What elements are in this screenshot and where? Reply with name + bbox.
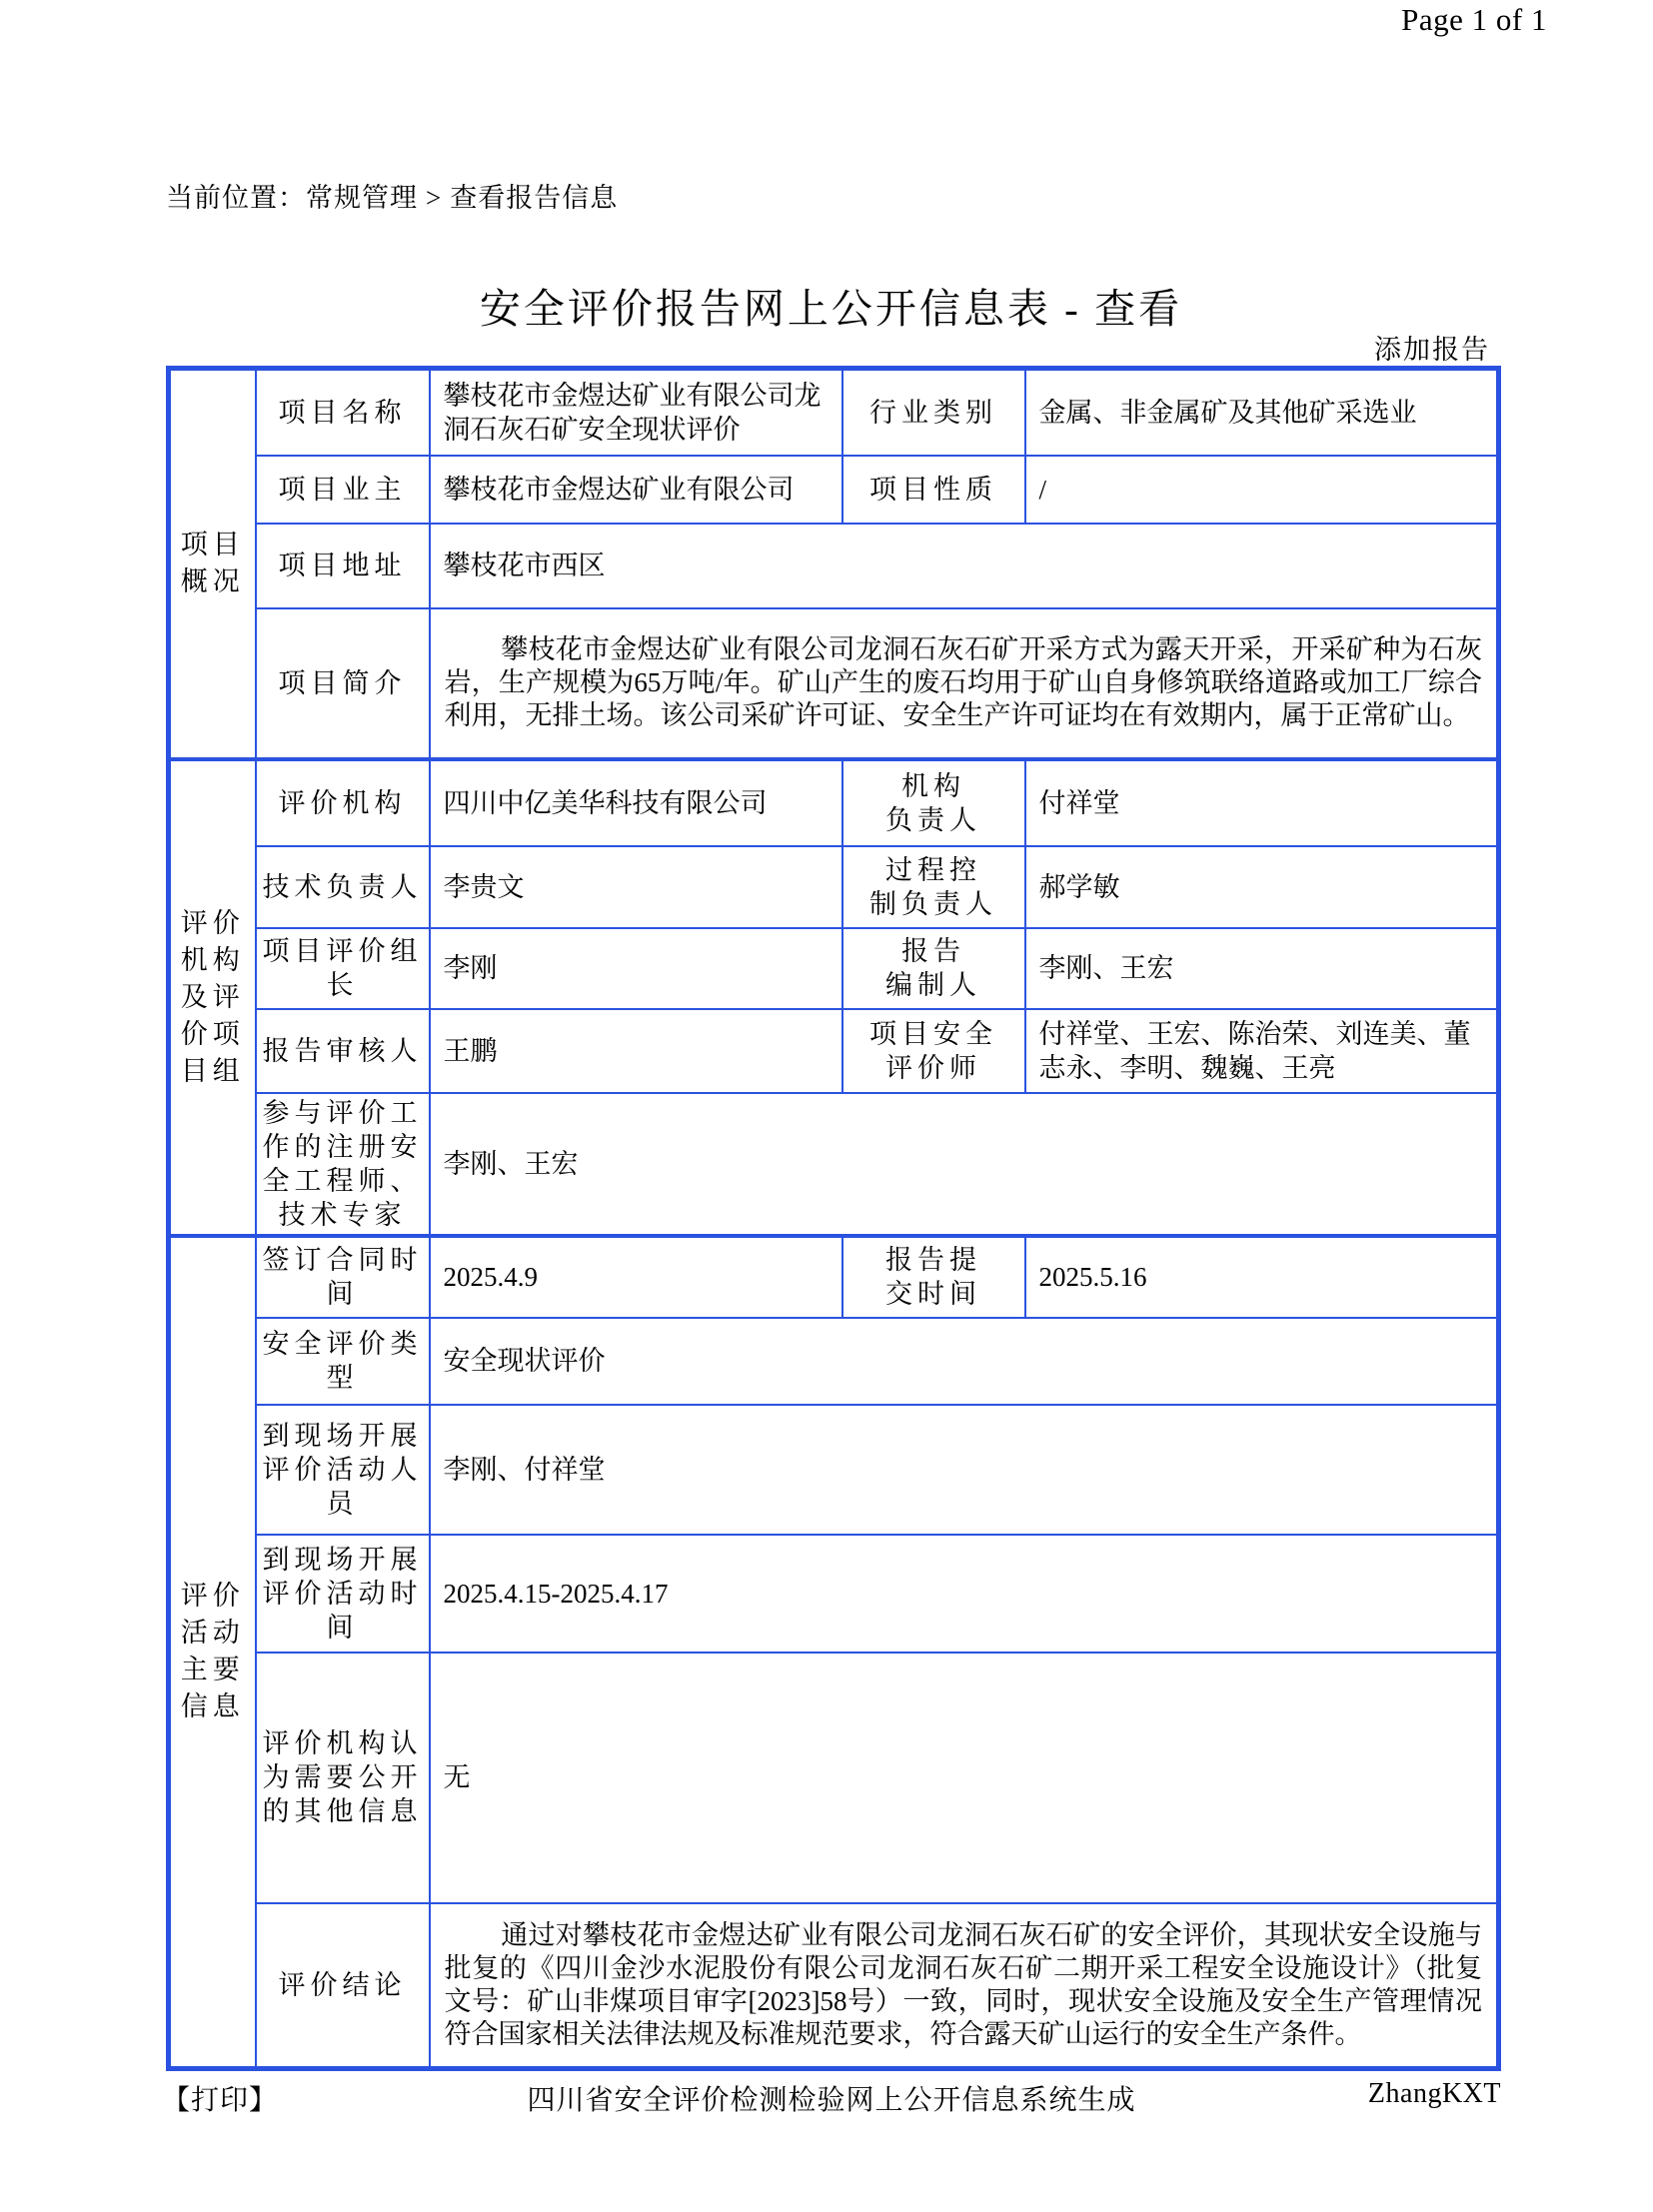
table-row: 项目 概况 项目名称 攀枝花市金煜达矿业有限公司龙洞石灰石矿安全现状评价 行业类… bbox=[169, 369, 1499, 456]
table-row: 项目评价组 长 李刚 报告 编制人 李刚、王宏 bbox=[169, 928, 1499, 1009]
project-nature-label: 项目性质 bbox=[842, 456, 1025, 524]
group-cell-eval-org-team: 评价 机构 及评 价项 目组 bbox=[169, 759, 256, 1236]
report-table: 项目 概况 项目名称 攀枝花市金煜达矿业有限公司龙洞石灰石矿安全现状评价 行业类… bbox=[166, 366, 1501, 2071]
table-row: 项目简介 攀枝花市金煜达矿业有限公司龙洞石灰石矿开采方式为露天开采，开采矿种为石… bbox=[169, 608, 1499, 759]
table-row: 评价 机构 及评 价项 目组 评价机构 四川中亿美华科技有限公司 机构 负责人 … bbox=[169, 759, 1499, 846]
project-owner-value: 攀枝花市金煜达矿业有限公司 bbox=[430, 456, 842, 524]
site-visit-people-value: 李刚、付祥堂 bbox=[430, 1405, 1499, 1535]
conclusion-label: 评价结论 bbox=[256, 1903, 430, 2069]
safety-evaluators-value: 付祥堂、王宏、陈治荣、刘连美、董志永、李明、魏巍、王亮 bbox=[1025, 1009, 1499, 1093]
project-nature-value: / bbox=[1025, 456, 1499, 524]
page-indicator: Page 1 of 1 bbox=[1401, 2, 1547, 38]
report-submit-date-label: 报告提 交时间 bbox=[842, 1236, 1025, 1318]
industry-category-label: 行业类别 bbox=[842, 369, 1025, 456]
site-visit-people-label: 到现场开展 评价活动人 员 bbox=[256, 1405, 430, 1535]
eval-org-label: 评价机构 bbox=[256, 759, 430, 846]
table-row: 项目业主 攀枝花市金煜达矿业有限公司 项目性质 / bbox=[169, 456, 1499, 524]
eval-type-label: 安全评价类 型 bbox=[256, 1318, 430, 1405]
table-row: 项目地址 攀枝花市西区 bbox=[169, 524, 1499, 608]
team-leader-value: 李刚 bbox=[430, 928, 842, 1009]
contract-date-value: 2025.4.9 bbox=[430, 1236, 842, 1318]
other-public-info-value: 无 bbox=[430, 1653, 1499, 1903]
table-row: 到现场开展 评价活动人 员 李刚、付祥堂 bbox=[169, 1405, 1499, 1535]
table-row: 技术负责人 李贵文 过程控 制负责人 郝学敏 bbox=[169, 846, 1499, 928]
report-writer-value: 李刚、王宏 bbox=[1025, 928, 1499, 1009]
project-brief-label: 项目简介 bbox=[256, 608, 430, 759]
safety-evaluators-label: 项目安全 评价师 bbox=[842, 1009, 1025, 1093]
tech-lead-label: 技术负责人 bbox=[256, 846, 430, 928]
report-writer-label: 报告 编制人 bbox=[842, 928, 1025, 1009]
report-reviewer-value: 王鹏 bbox=[430, 1009, 842, 1093]
tech-lead-value: 李贵文 bbox=[430, 846, 842, 928]
industry-category-value: 金属、非金属矿及其他矿采选业 bbox=[1025, 369, 1499, 456]
report-submit-date-value: 2025.5.16 bbox=[1025, 1236, 1499, 1318]
breadcrumb-link-regular-management[interactable]: 常规管理 bbox=[306, 183, 418, 213]
table-row: 评价机构认 为需要公开 的其他信息 无 bbox=[169, 1653, 1499, 1903]
report-reviewer-label: 报告审核人 bbox=[256, 1009, 430, 1093]
page-title: 安全评价报告网上公开信息表 - 查看 bbox=[166, 276, 1496, 335]
table-row: 参与评价工 作的注册安 全工程师、 技术专家 李刚、王宏 bbox=[169, 1093, 1499, 1236]
table-row: 安全评价类 型 安全现状评价 bbox=[169, 1318, 1499, 1405]
registered-engineers-value: 李刚、王宏 bbox=[430, 1093, 1499, 1236]
conclusion-value: 通过对攀枝花市金煜达矿业有限公司龙洞石灰石矿的安全评价，其现状安全设施与批复的《… bbox=[430, 1903, 1499, 2069]
project-address-value: 攀枝花市西区 bbox=[430, 524, 1499, 608]
print-button[interactable]: 【打印】 bbox=[162, 2078, 278, 2118]
table-row: 报告审核人 王鹏 项目安全 评价师 付祥堂、王宏、陈治荣、刘连美、董志永、李明、… bbox=[169, 1009, 1499, 1093]
project-brief-text: 攀枝花市金煜达矿业有限公司龙洞石灰石矿开采方式为露天开采，开采矿种为石灰岩，生产… bbox=[445, 633, 1483, 732]
org-head-label: 机构 负责人 bbox=[842, 759, 1025, 846]
org-head-value: 付祥堂 bbox=[1025, 759, 1499, 846]
add-report-link[interactable]: 添加报告 bbox=[1374, 335, 1496, 365]
project-owner-label: 项目业主 bbox=[256, 456, 430, 524]
team-leader-label: 项目评价组 长 bbox=[256, 928, 430, 1009]
other-public-info-label: 评价机构认 为需要公开 的其他信息 bbox=[256, 1653, 430, 1903]
project-name-value: 攀枝花市金煜达矿业有限公司龙洞石灰石矿安全现状评价 bbox=[430, 369, 842, 456]
breadcrumb-prefix: 当前位置： bbox=[166, 183, 306, 213]
group-cell-eval-activity: 评价 活动 主要 信息 bbox=[169, 1236, 256, 2069]
page-footer: 【打印】 四川省安全评价检测检验网上公开信息系统生成 ZhangKXT bbox=[162, 2078, 1501, 2118]
table-row: 到现场开展 评价活动时 间 2025.4.15-2025.4.17 bbox=[169, 1535, 1499, 1653]
project-name-label: 项目名称 bbox=[256, 369, 430, 456]
project-address-label: 项目地址 bbox=[256, 524, 430, 608]
project-brief-value: 攀枝花市金煜达矿业有限公司龙洞石灰石矿开采方式为露天开采，开采矿种为石灰岩，生产… bbox=[430, 608, 1499, 759]
site-visit-time-label: 到现场开展 评价活动时 间 bbox=[256, 1535, 430, 1653]
table-row: 评价 活动 主要 信息 签订合同时 间 2025.4.9 报告提 交时间 202… bbox=[169, 1236, 1499, 1318]
eval-org-value: 四川中亿美华科技有限公司 bbox=[430, 759, 842, 846]
report-view-page: Page 1 of 1 当前位置：常规管理>查看报告信息 安全评价报告网上公开信… bbox=[0, 0, 1653, 2212]
footer-generated-by: 四川省安全评价检测检验网上公开信息系统生成 bbox=[527, 2078, 1135, 2118]
eval-type-value: 安全现状评价 bbox=[430, 1318, 1499, 1405]
add-report-row: 添加报告 bbox=[166, 328, 1496, 367]
process-control-label: 过程控 制负责人 bbox=[842, 846, 1025, 928]
footer-username: ZhangKXT bbox=[1368, 2078, 1501, 2110]
conclusion-text: 通过对攀枝花市金煜达矿业有限公司龙洞石灰石矿的安全评价，其现状安全设施与批复的《… bbox=[445, 1919, 1483, 2051]
group-cell-project-overview: 项目 概况 bbox=[169, 369, 256, 759]
registered-engineers-label: 参与评价工 作的注册安 全工程师、 技术专家 bbox=[256, 1093, 430, 1236]
process-control-value: 郝学敏 bbox=[1025, 846, 1499, 928]
breadcrumb: 当前位置：常规管理>查看报告信息 bbox=[166, 176, 618, 215]
contract-date-label: 签订合同时 间 bbox=[256, 1236, 430, 1318]
table-row: 评价结论 通过对攀枝花市金煜达矿业有限公司龙洞石灰石矿的安全评价，其现状安全设施… bbox=[169, 1903, 1499, 2069]
breadcrumb-separator: > bbox=[418, 183, 450, 213]
site-visit-time-value: 2025.4.15-2025.4.17 bbox=[430, 1535, 1499, 1653]
breadcrumb-link-view-report-info[interactable]: 查看报告信息 bbox=[450, 183, 618, 213]
